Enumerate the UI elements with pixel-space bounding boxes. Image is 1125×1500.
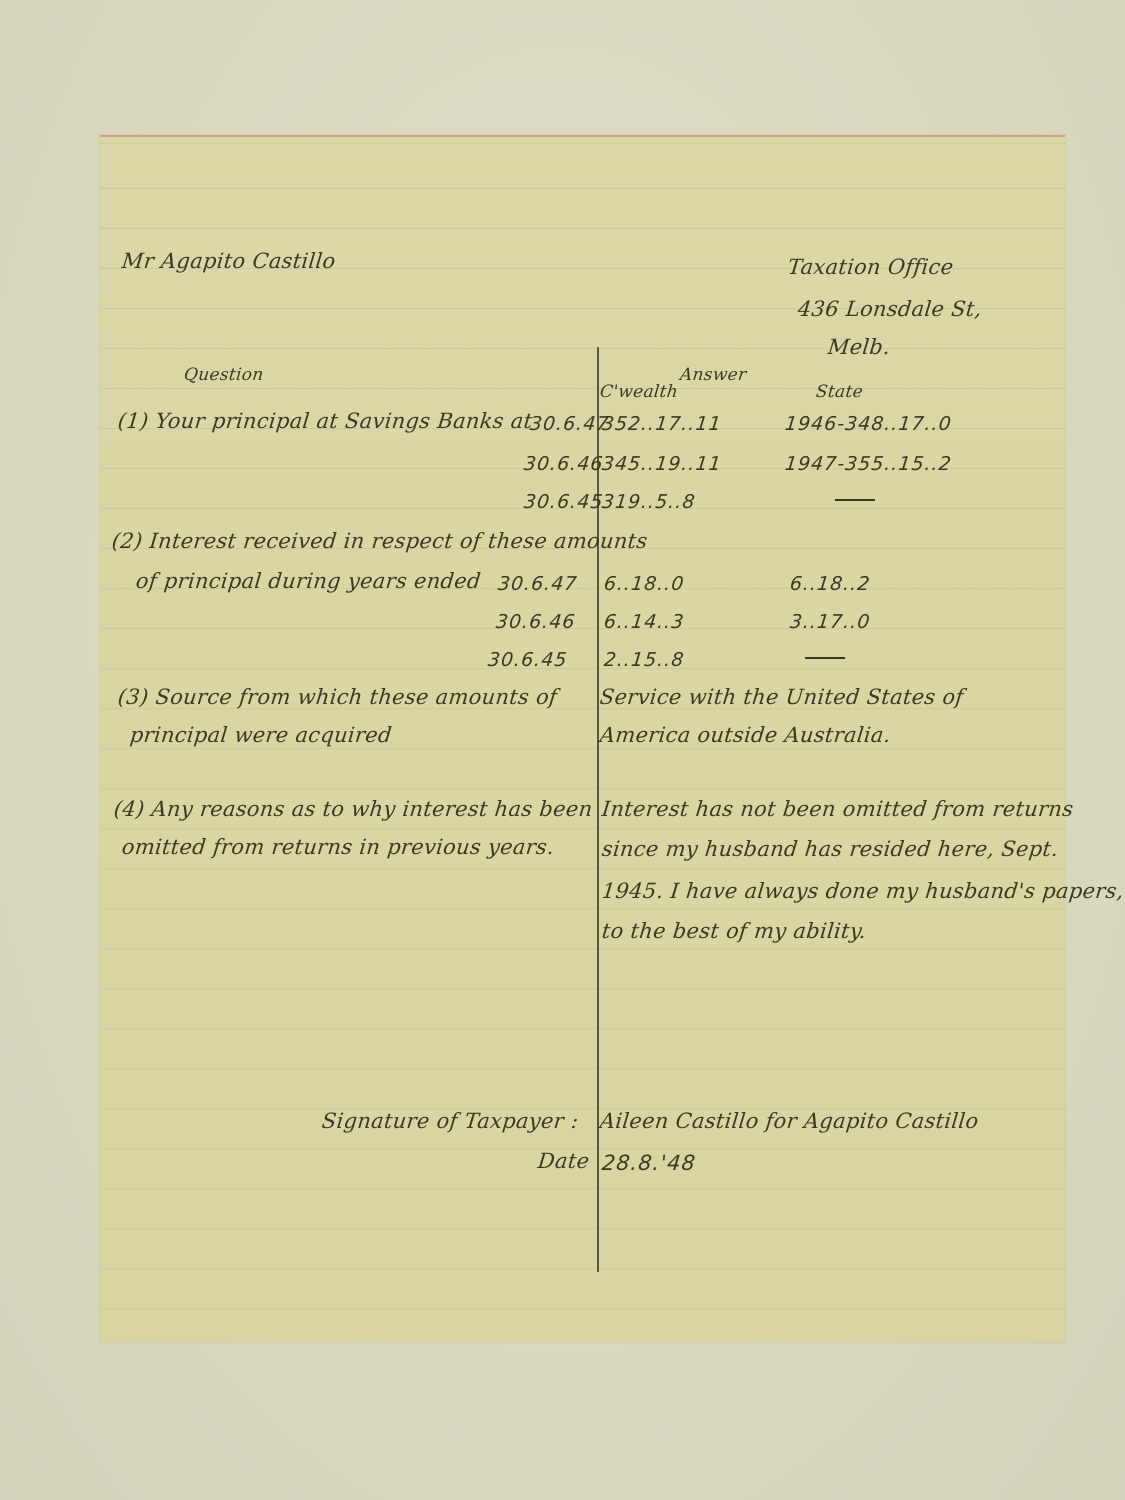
answer-4-line-3: 1945. I have always done my husband's pa… [601, 879, 1125, 903]
answer-3-line-2: America outside Australia. [599, 723, 892, 747]
office-address-line-2: 436 Lonsdale St, [797, 297, 983, 321]
q2-date-3: 30.6.45 [487, 649, 569, 671]
date-value: 28.8.'48 [601, 1151, 697, 1175]
answer-3-line-1: Service with the United States of [599, 685, 965, 709]
question-number: (1) [117, 409, 157, 433]
q2-cwealth-2: 6..14..3 [603, 611, 686, 633]
q2-cwealth-3: 2..15..8 [603, 649, 686, 671]
answer-4-line-4: to the best of my ability. [601, 919, 868, 943]
q2-state-2: 3..17..0 [789, 611, 872, 633]
date-label: Date [537, 1149, 591, 1173]
q1-cwealth-2: 345..19..11 [601, 453, 723, 475]
q2-state-3-dash [805, 657, 845, 659]
answer-4-line-1: Interest has not been omitted from retur… [601, 797, 1075, 821]
q1-cwealth-3: 319..5..8 [601, 491, 697, 513]
q1-date-2: 30.6.46 [523, 453, 605, 475]
q1-state-2: 1947-355..15..2 [784, 453, 953, 475]
column-divider-line [597, 347, 599, 1272]
question-2-line-1: (2) Interest received in respect of thes… [111, 529, 649, 553]
office-address-line-3: Melb. [827, 335, 892, 359]
answer-4-line-2: since my husband has resided here, Sept. [601, 837, 1060, 861]
question-4-line-2: omitted from returns in previous years. [121, 835, 556, 859]
q1-date-1: 30.6.47 [529, 413, 611, 435]
question-number: (4) [113, 797, 153, 821]
question-2-line-2: of principal during years ended [135, 569, 482, 593]
cwealth-column-header: C'wealth [599, 382, 679, 402]
question-column-header: Question [183, 365, 265, 385]
q2-cwealth-1: 6..18..0 [603, 573, 686, 595]
q1-state-1: 1946-348..17..0 [784, 413, 953, 435]
question-number: (2) [111, 529, 151, 553]
q1-cwealth-1: 352..17..11 [601, 413, 723, 435]
addressee: Mr Agapito Castillo [121, 249, 337, 273]
question-1: (1) Your principal at Savings Banks at [117, 409, 534, 433]
question-3-line-1: (3) Source from which these amounts of [117, 685, 559, 709]
question-number: (3) [117, 685, 157, 709]
q1-state-3-dash [835, 499, 875, 501]
office-address-line-1: Taxation Office [787, 255, 955, 279]
signature-value: Aileen Castillo for Agapito Castillo [599, 1109, 980, 1133]
q2-state-1: 6..18..2 [789, 573, 872, 595]
q1-date-3: 30.6.45 [523, 491, 605, 513]
q2-date-1: 30.6.47 [497, 573, 579, 595]
signature-label: Signature of Taxpayer : [321, 1109, 580, 1133]
question-3-line-2: principal were acquired [129, 723, 393, 747]
state-column-header: State [815, 382, 864, 402]
q2-date-2: 30.6.46 [495, 611, 577, 633]
question-4-line-1: (4) Any reasons as to why interest has b… [113, 797, 594, 821]
handwritten-tax-form: Mr Agapito Castillo Taxation Office 436 … [100, 135, 1065, 1342]
answer-column-header: Answer [679, 365, 748, 385]
